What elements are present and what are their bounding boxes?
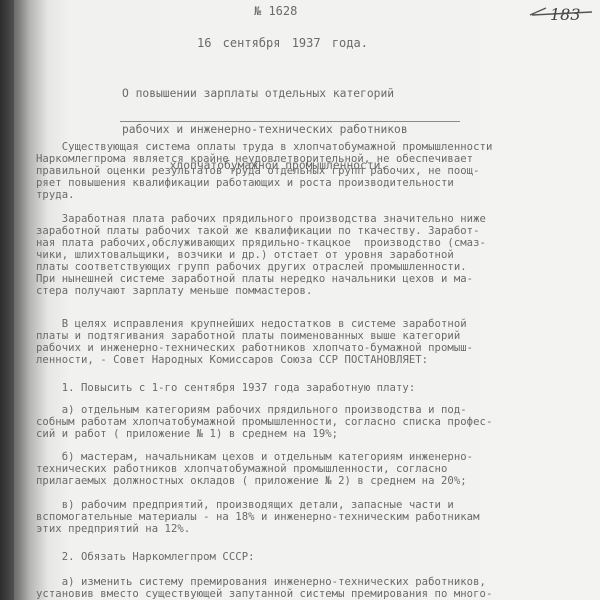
text-line: этих предприятий на 12%. xyxy=(36,523,576,535)
text-line: В целях исправления крупнейших недостатк… xyxy=(36,318,576,330)
text-line: ная плата рабочих,обслуживающих прядильн… xyxy=(36,237,576,249)
title-line: рабочих и инженерно-технических работник… xyxy=(122,124,408,136)
paragraph: Существующая система оплаты труда в хлоп… xyxy=(36,141,576,201)
text-line: Наркомлегпрома является крайне неудовлет… xyxy=(36,153,576,165)
text-line: а) отдельным категориям рабочих прядильн… xyxy=(36,404,576,416)
paragraph: а) отдельным категориям рабочих прядильн… xyxy=(36,404,576,440)
text-line: вспомогательные материалы - на 18% и инж… xyxy=(36,511,576,523)
text-line: платы соответствующих групп рабочих друг… xyxy=(36,261,576,273)
paragraph: б) мастерам, начальникам цехов и отдельн… xyxy=(36,451,576,487)
paragraph: 2. Обязать Наркомлегпром СССР: xyxy=(36,551,576,563)
text-line: прилагаемых должностных окладов ( прилож… xyxy=(36,475,576,487)
handwritten-folio-number: 183 xyxy=(528,0,600,32)
paragraph: 1. Повысить с 1-го сентября 1937 года за… xyxy=(36,382,576,394)
text-line: Заработная плата рабочих прядильного про… xyxy=(36,213,576,225)
text-line: платы и подтягивания заработной платы по… xyxy=(36,330,576,342)
text-line: При нынешней системе заработной платы не… xyxy=(36,273,576,285)
svg-text:183: 183 xyxy=(550,5,581,24)
title-underline xyxy=(120,121,460,122)
text-line: сий и работ ( приложение № 1) в среднем … xyxy=(36,428,576,440)
title-line: О повышении зарплаты отдельных категорий xyxy=(122,88,408,100)
text-line: ряет повышения квалификации работающих и… xyxy=(36,177,576,189)
text-line: чики, шлихтовальщики, возчики и др.) отс… xyxy=(36,249,576,261)
paragraph: а) изменить систему премирования инженер… xyxy=(36,576,576,600)
binding-shadow xyxy=(0,0,14,600)
text-line: рабочих и инженерно-технических работник… xyxy=(36,342,576,354)
paragraph: Заработная плата рабочих прядильного про… xyxy=(36,213,576,297)
text-line: установив вместо существующей запутанной… xyxy=(36,588,576,600)
text-line: Существующая система оплаты труда в хлоп… xyxy=(36,141,576,153)
text-line: в) рабочим предприятий, производящих дет… xyxy=(36,499,576,511)
text-line: заработной платы рабочих такой же квалиф… xyxy=(36,225,576,237)
text-line: собным работам хлопчатобумажной промышле… xyxy=(36,416,576,428)
paragraph: в) рабочим предприятий, производящих дет… xyxy=(36,499,576,535)
decree-date: 16 сентября 1937 года. xyxy=(197,36,368,50)
text-line: технических работников хлопчатобумажной … xyxy=(36,463,576,475)
text-line: 1. Повысить с 1-го сентября 1937 года за… xyxy=(36,382,576,394)
document-page: 183 № 1628 16 сентября 1937 года. О повы… xyxy=(0,0,600,600)
text-line: б) мастерам, начальникам цехов и отдельн… xyxy=(36,451,576,463)
text-line: ленности, - Совет Народных Комиссаров Со… xyxy=(36,354,576,366)
text-line: правильной оценки результатов труда отде… xyxy=(36,165,576,177)
text-line: труда. xyxy=(36,189,576,201)
text-line: 2. Обязать Наркомлегпром СССР: xyxy=(36,551,576,563)
decree-number: № 1628 xyxy=(254,4,297,18)
paragraph: В целях исправления крупнейших недостатк… xyxy=(36,318,576,366)
text-line: а) изменить систему премирования инженер… xyxy=(36,576,576,588)
text-line: стера получают зарплату меньше поммастер… xyxy=(36,285,576,297)
